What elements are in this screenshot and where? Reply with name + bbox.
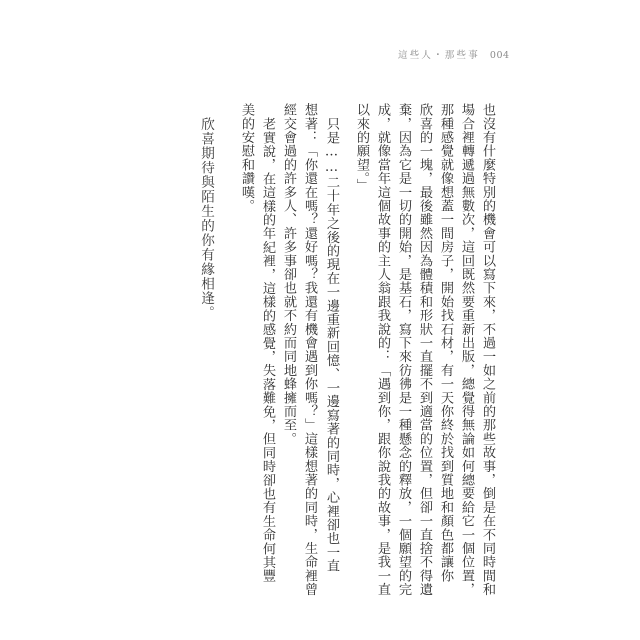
text-column-2: 場合裡轉遞過無數次，這回既然要重新出版，總覺得無論如何總要給它一個位置， (457, 103, 473, 578)
text-column-8: 只是……二十年之後的現在一邊重新回憶、一邊寫著的同時，心裡卻也一直 (322, 117, 338, 592)
closing-line: 欣喜期待與陌生的你有緣相逢。 (197, 117, 213, 592)
text-column-1: 也沒有什麼特別的機會可以寫下來，不過一如之前的那些故事，倒是在不同時間和 (478, 103, 494, 578)
text-column-3: 那種感覺就像想蓋一間房子，開始找石材，有一天你終於找到質地和顏色都讓你 (436, 103, 452, 578)
text-column-5: 棄，因為它是一切的開始，是基石，寫下來彷彿是一種懸念的釋放，一個願望的完 (394, 103, 410, 578)
running-header: 這些人・那些事004 (398, 47, 510, 59)
text-column-10: 經交會過的許多人、許多事卻也就不約而同地蜂擁而至。 (279, 103, 295, 578)
text-column-11: 老實說，在這樣的年紀裡，這樣的感覺，失落難免，但同時卻也有生命何其豐 (258, 117, 274, 592)
page-number: 004 (490, 50, 510, 61)
book-title: 這些人・那些事 (398, 50, 480, 61)
book-page: 這些人・那些事004 也沒有什麼特別的機會可以寫下來，不過一如之前的那些故事，倒… (0, 0, 640, 640)
text-column-9: 想著：「你還在嗎？還好嗎？我還有機會遇到你嗎？」這樣想著的同時，生命裡曾 (300, 103, 316, 578)
text-column-12: 美的安慰和讚嘆。 (237, 103, 253, 578)
text-column-7: 以來的願望。」 (352, 103, 368, 578)
text-column-4: 欣喜的一塊，最後雖然因為體積和形狀一直擺不到適當的位置，但卻一直捨不得遺 (415, 103, 431, 578)
text-column-6: 成，就像當年這個故事的主人翁跟我說的：「遇到你，跟你說我的故事，是我一直 (373, 103, 389, 578)
